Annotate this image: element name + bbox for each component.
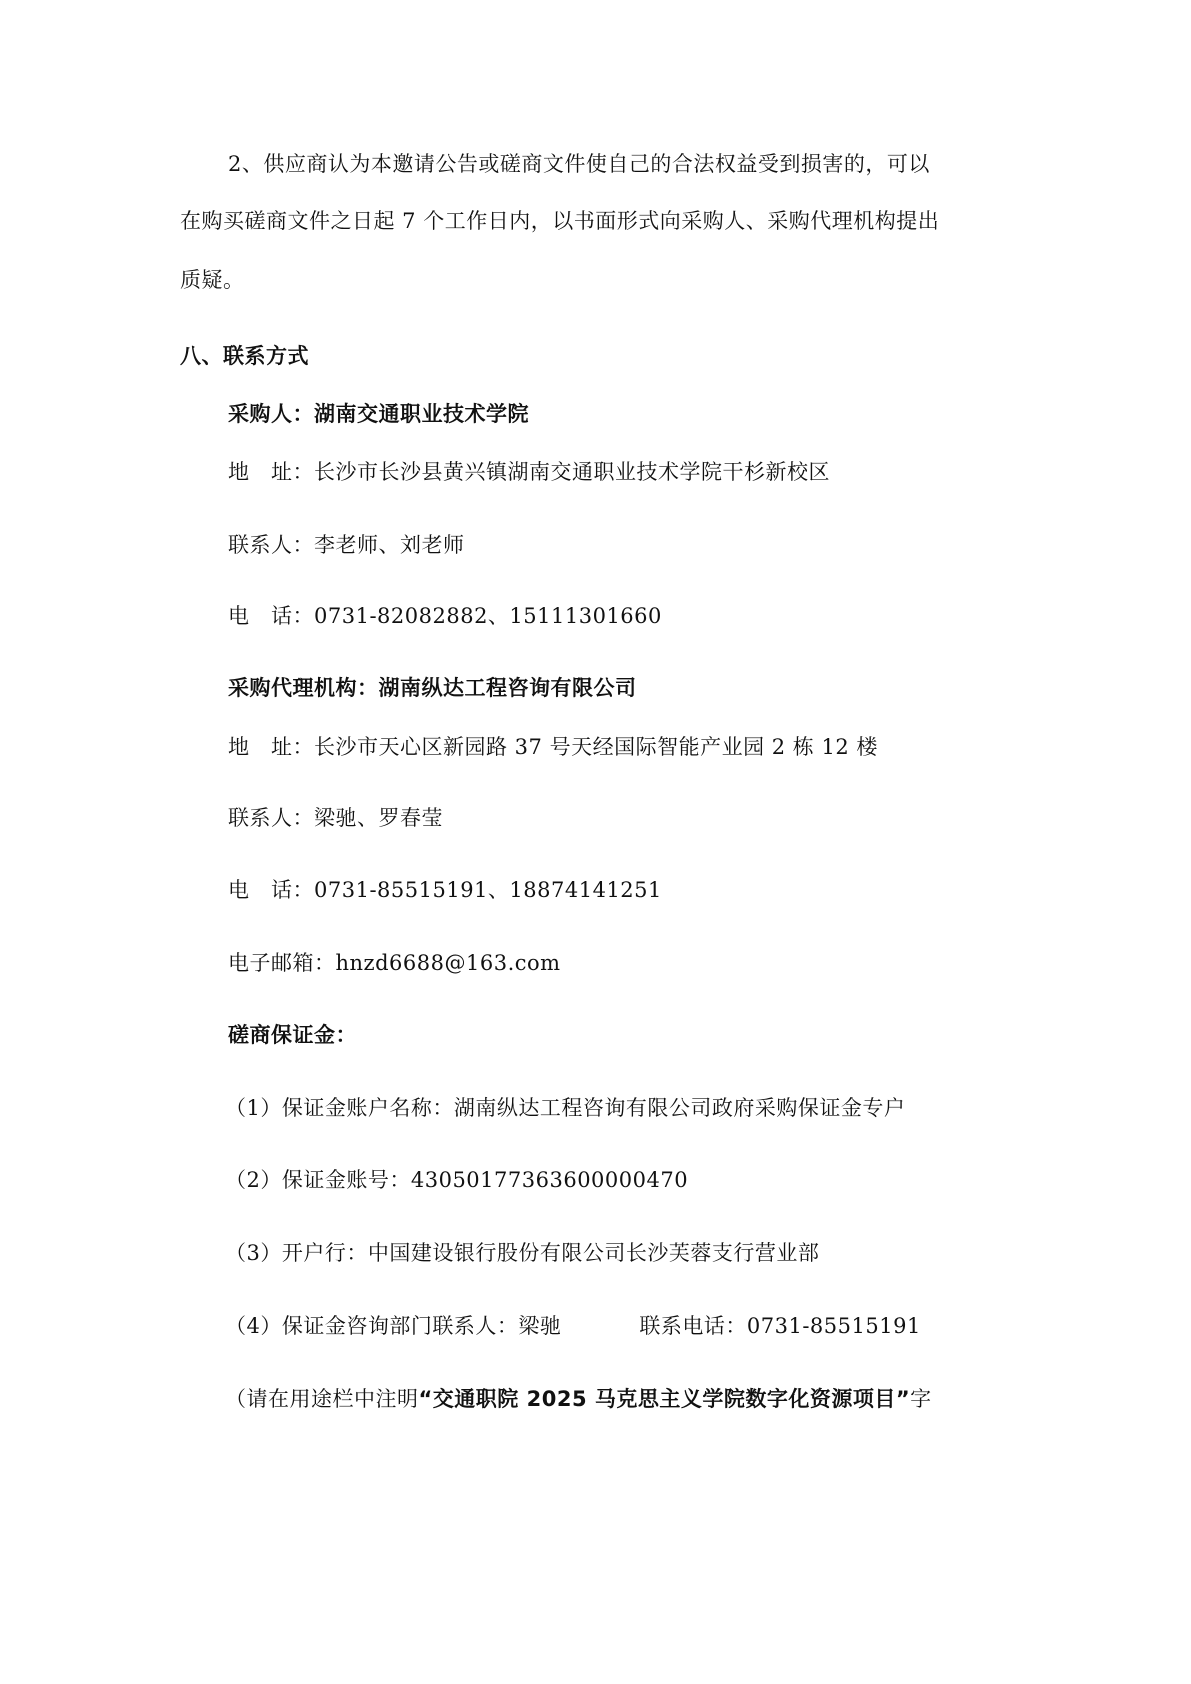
purchaser-contact: 联系人：李老师、刘老师	[228, 531, 465, 559]
deposit-note-suffix: 字	[910, 1387, 932, 1411]
agency-phone: 电 话：0731-85515191、18874141251	[228, 876, 662, 904]
section-heading-contact: 八、联系方式	[180, 342, 309, 370]
paragraph-2-line-1: 2、供应商认为本邀请公告或磋商文件使自己的合法权益受到损害的，可以	[228, 150, 930, 178]
deposit-contact-phone: 联系电话：0731-85515191	[639, 1314, 920, 1338]
agency-email: 电子邮箱：hnzd6688@163.com	[228, 949, 561, 977]
deposit-note: （请在用途栏中注明“交通职院 2025 马克思主义学院数字化资源项目”字	[225, 1385, 932, 1413]
deposit-item-3: （3）开户行：中国建设银行股份有限公司长沙芙蓉支行营业部	[225, 1239, 819, 1267]
purchaser-phone: 电 话：0731-82082882、15111301660	[228, 602, 662, 630]
agency-address: 地 址：长沙市天心区新园路 37 号天经国际智能产业园 2 栋 12 楼	[228, 733, 878, 761]
deposit-contact-person: （4）保证金咨询部门联系人：梁驰	[225, 1314, 561, 1338]
deposit-title: 磋商保证金：	[228, 1021, 357, 1049]
paragraph-2-line-3: 质疑。	[180, 266, 245, 294]
deposit-item-1: （1）保证金账户名称：湖南纵达工程咨询有限公司政府采购保证金专户	[225, 1094, 905, 1122]
purchaser-address: 地 址：长沙市长沙县黄兴镇湖南交通职业技术学院干杉新校区	[228, 458, 830, 486]
agency-title: 采购代理机构：湖南纵达工程咨询有限公司	[228, 674, 637, 702]
deposit-note-project-name: “交通职院 2025 马克思主义学院数字化资源项目”	[419, 1387, 911, 1411]
agency-contact: 联系人：梁驰、罗春莹	[228, 804, 443, 832]
deposit-note-prefix: （请在用途栏中注明	[225, 1387, 419, 1411]
deposit-item-2: （2）保证金账号：43050177363600000470	[225, 1166, 688, 1194]
deposit-item-4: （4）保证金咨询部门联系人：梁驰联系电话：0731-85515191	[225, 1312, 921, 1340]
purchaser-title: 采购人：湖南交通职业技术学院	[228, 400, 529, 428]
paragraph-2-line-2: 在购买磋商文件之日起 7 个工作日内，以书面形式向采购人、采购代理机构提出	[180, 207, 939, 235]
